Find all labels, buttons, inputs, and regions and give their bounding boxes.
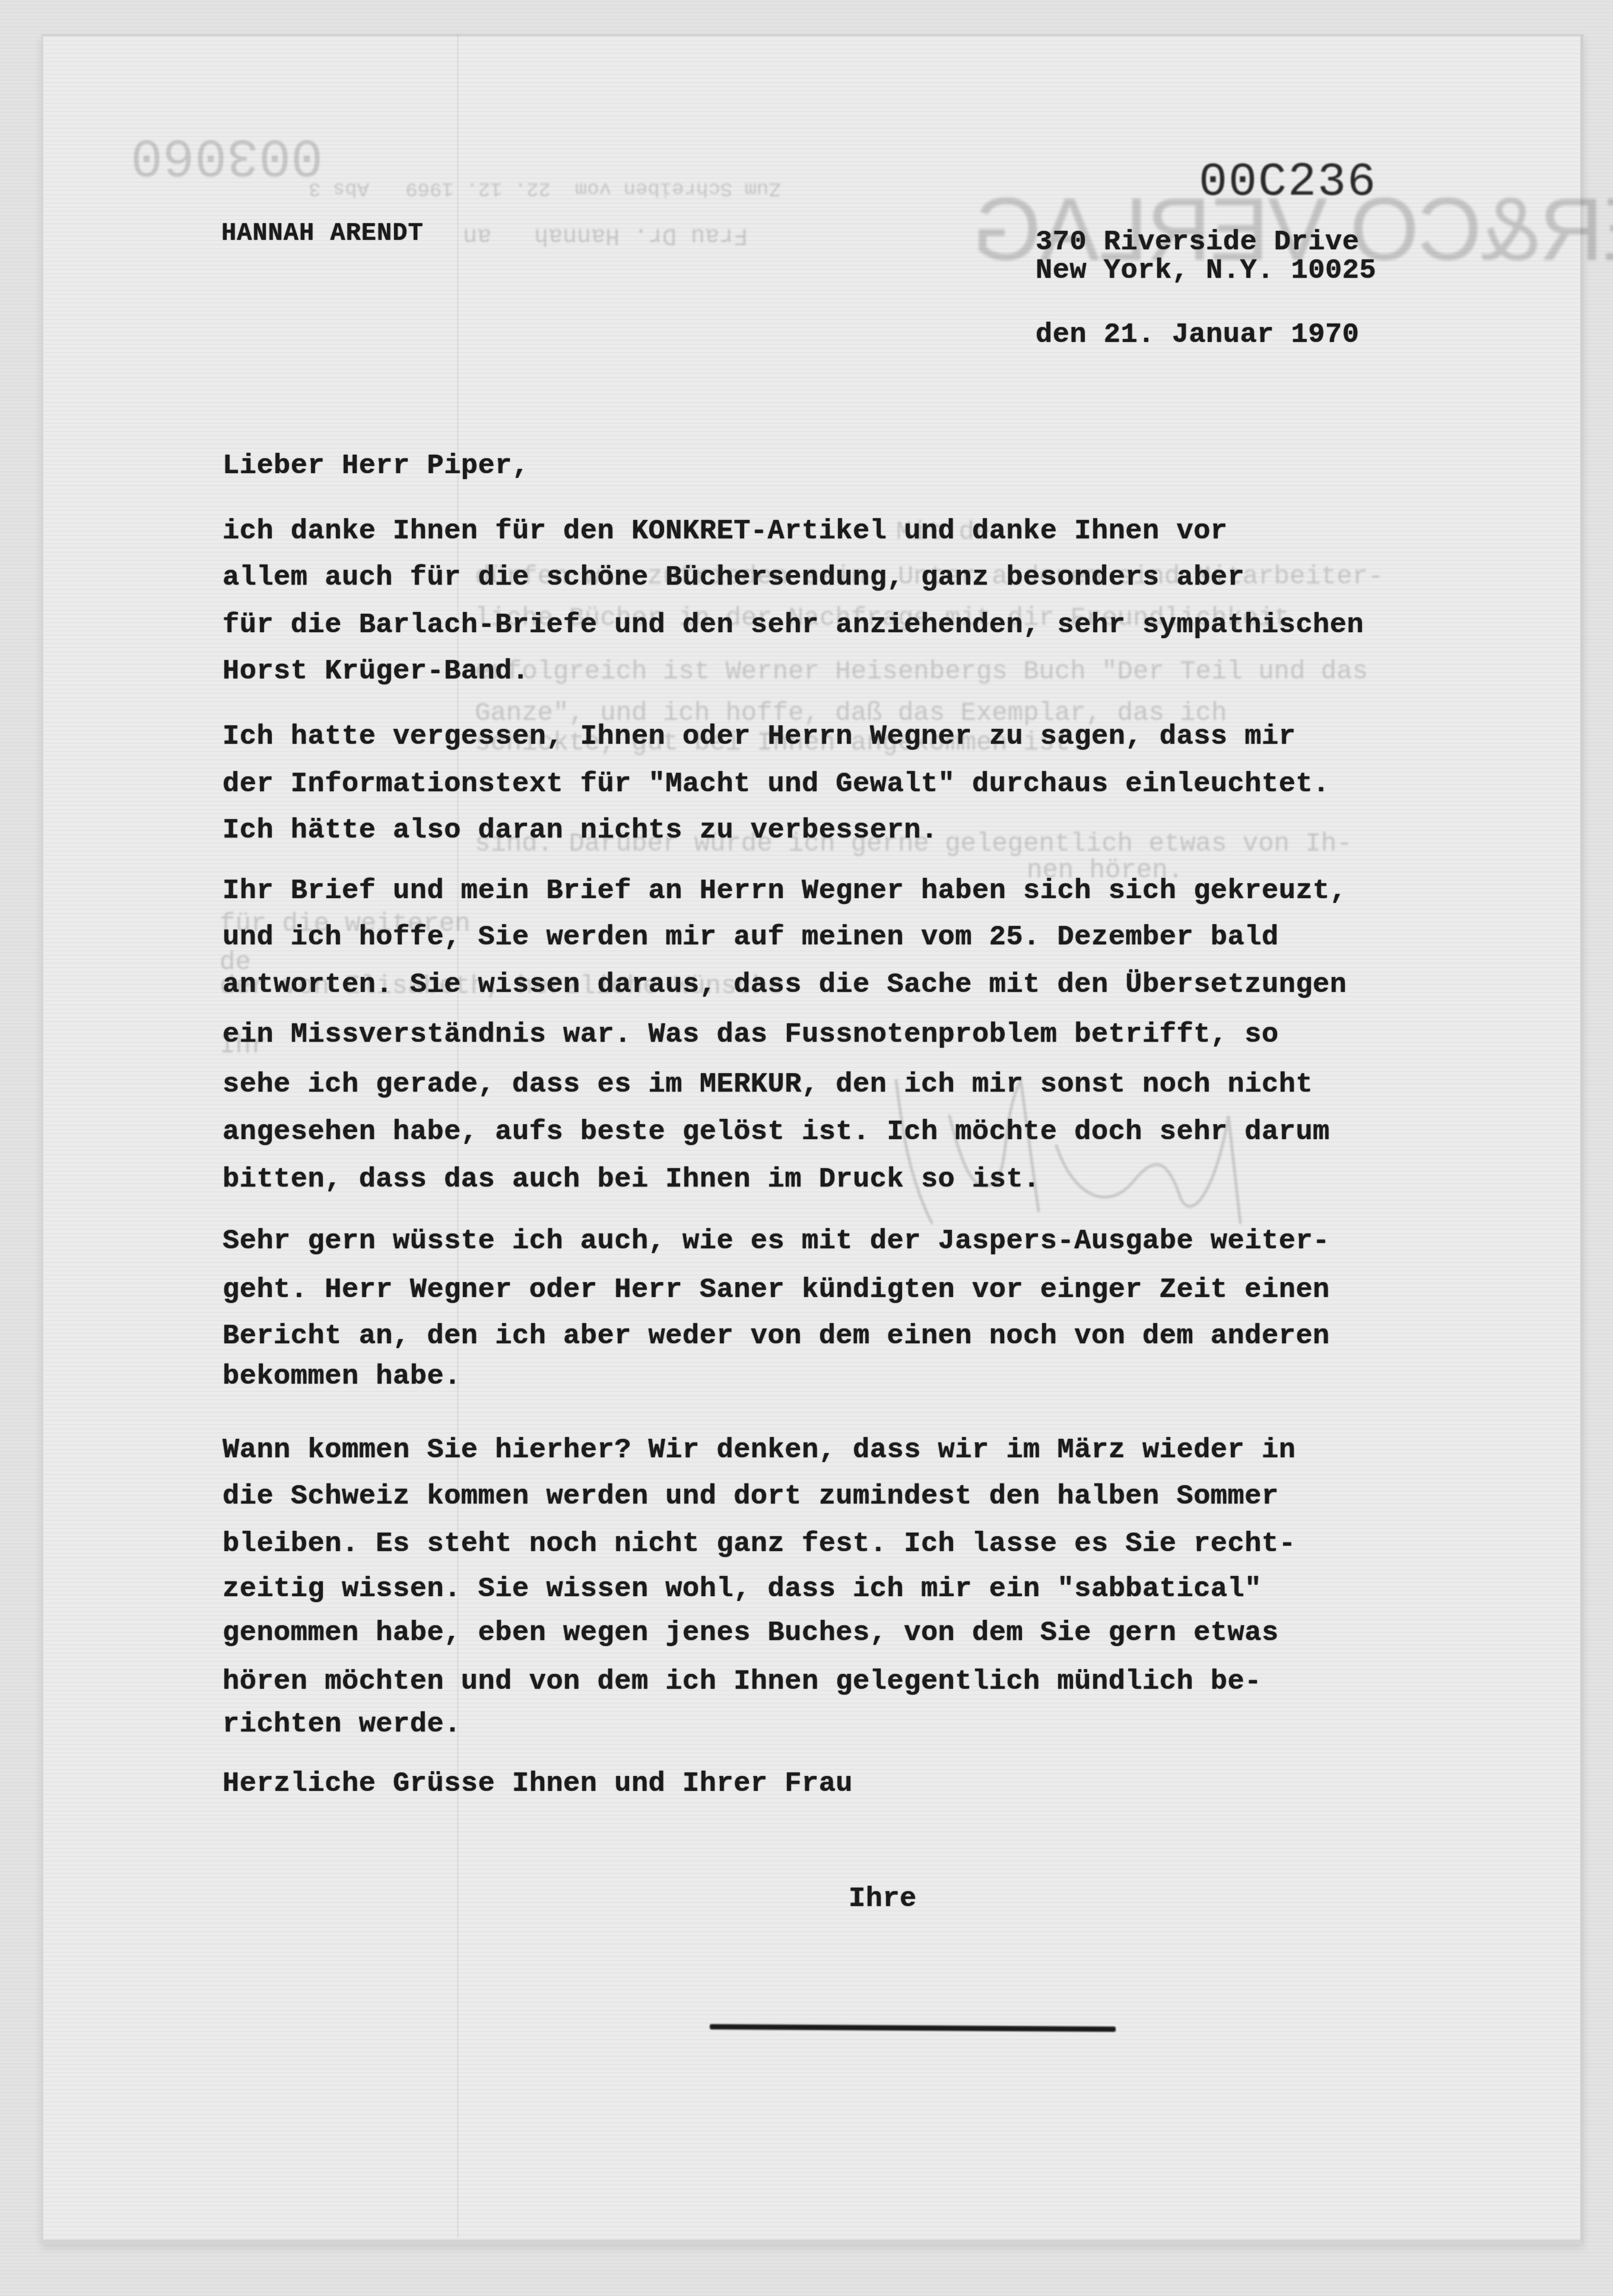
body-line: richten werde.: [223, 1711, 461, 1739]
body-line: Sehr gern wüsste ich auch, wie es mit de…: [223, 1228, 1330, 1255]
show-through-reference-line: Zum Schreiben vom 22. 12. 1969 Abs 3: [309, 178, 781, 198]
body-line: Ihr Brief und mein Brief an Herrn Wegner…: [223, 877, 1347, 905]
archive-stamp-number: 00C236: [1199, 156, 1377, 210]
body-line: genommen habe, eben wegen jenes Buches, …: [223, 1619, 1279, 1647]
show-through-line: erfolgreich ist Werner Heisenbergs Buch …: [475, 659, 1368, 685]
body-line: Bericht an, den ich aber weder von dem e…: [223, 1323, 1330, 1350]
body-line: zeitig wissen. Sie wissen wohl, dass ich…: [223, 1575, 1262, 1603]
body-line: ich danke Ihnen für den KONKRET-Artikel …: [223, 518, 1228, 546]
show-through-recipient-line: Frau Dr. Hannah an: [463, 223, 748, 246]
address-line-1: 370 Riverside Drive: [1036, 229, 1359, 256]
signoff: Ihre: [849, 1885, 917, 1913]
address-line-2: New York, N.Y. 10025: [1036, 257, 1376, 285]
body-line: allem auch für die schöne Büchersendung,…: [223, 564, 1244, 592]
body-line: angesehen habe, aufs beste gelöst ist. I…: [223, 1118, 1330, 1146]
sender-name: HANNAH ARENDT: [221, 221, 424, 246]
body-line: ein Missverständnis war. Was das Fussnot…: [223, 1021, 1279, 1049]
body-line: der Informationstext für "Macht und Gewa…: [223, 770, 1330, 798]
body-line: Ich hatte vergessen, Ihnen oder Herrn We…: [223, 723, 1296, 751]
body-line: Horst Krüger-Band.: [223, 658, 529, 686]
body-line: bekommen habe.: [223, 1363, 461, 1391]
body-line: geht. Herr Wegner oder Herr Saner kündig…: [223, 1276, 1330, 1304]
closing-line: Herzliche Grüsse Ihnen und Ihrer Frau: [223, 1770, 853, 1798]
body-line: Wann kommen Sie hierher? Wir denken, das…: [223, 1436, 1296, 1464]
salutation: Lieber Herr Piper,: [223, 452, 529, 480]
body-line: bitten, dass das auch bei Ihnen im Druck…: [223, 1166, 1040, 1194]
body-line: antworten. Sie wissen daraus, dass die S…: [223, 971, 1347, 999]
body-line: hören möchten und von dem ich Ihnen gele…: [223, 1668, 1262, 1696]
show-through-number: 003060: [131, 128, 323, 181]
body-line: für die Barlach-Briefe und den sehr anzi…: [223, 611, 1364, 639]
body-line: sehe ich gerade, dass es im MERKUR, den …: [223, 1071, 1313, 1099]
body-line: bleiben. Es steht noch nicht ganz fest. …: [223, 1530, 1296, 1558]
body-line: Ich hätte also daran nichts zu verbesser…: [223, 817, 938, 845]
letter-date: den 21. Januar 1970: [1036, 321, 1359, 349]
body-line: und ich hoffe, Sie werden mir auf meinen…: [223, 924, 1279, 952]
body-line: die Schweiz kommen werden und dort zumin…: [223, 1483, 1279, 1511]
